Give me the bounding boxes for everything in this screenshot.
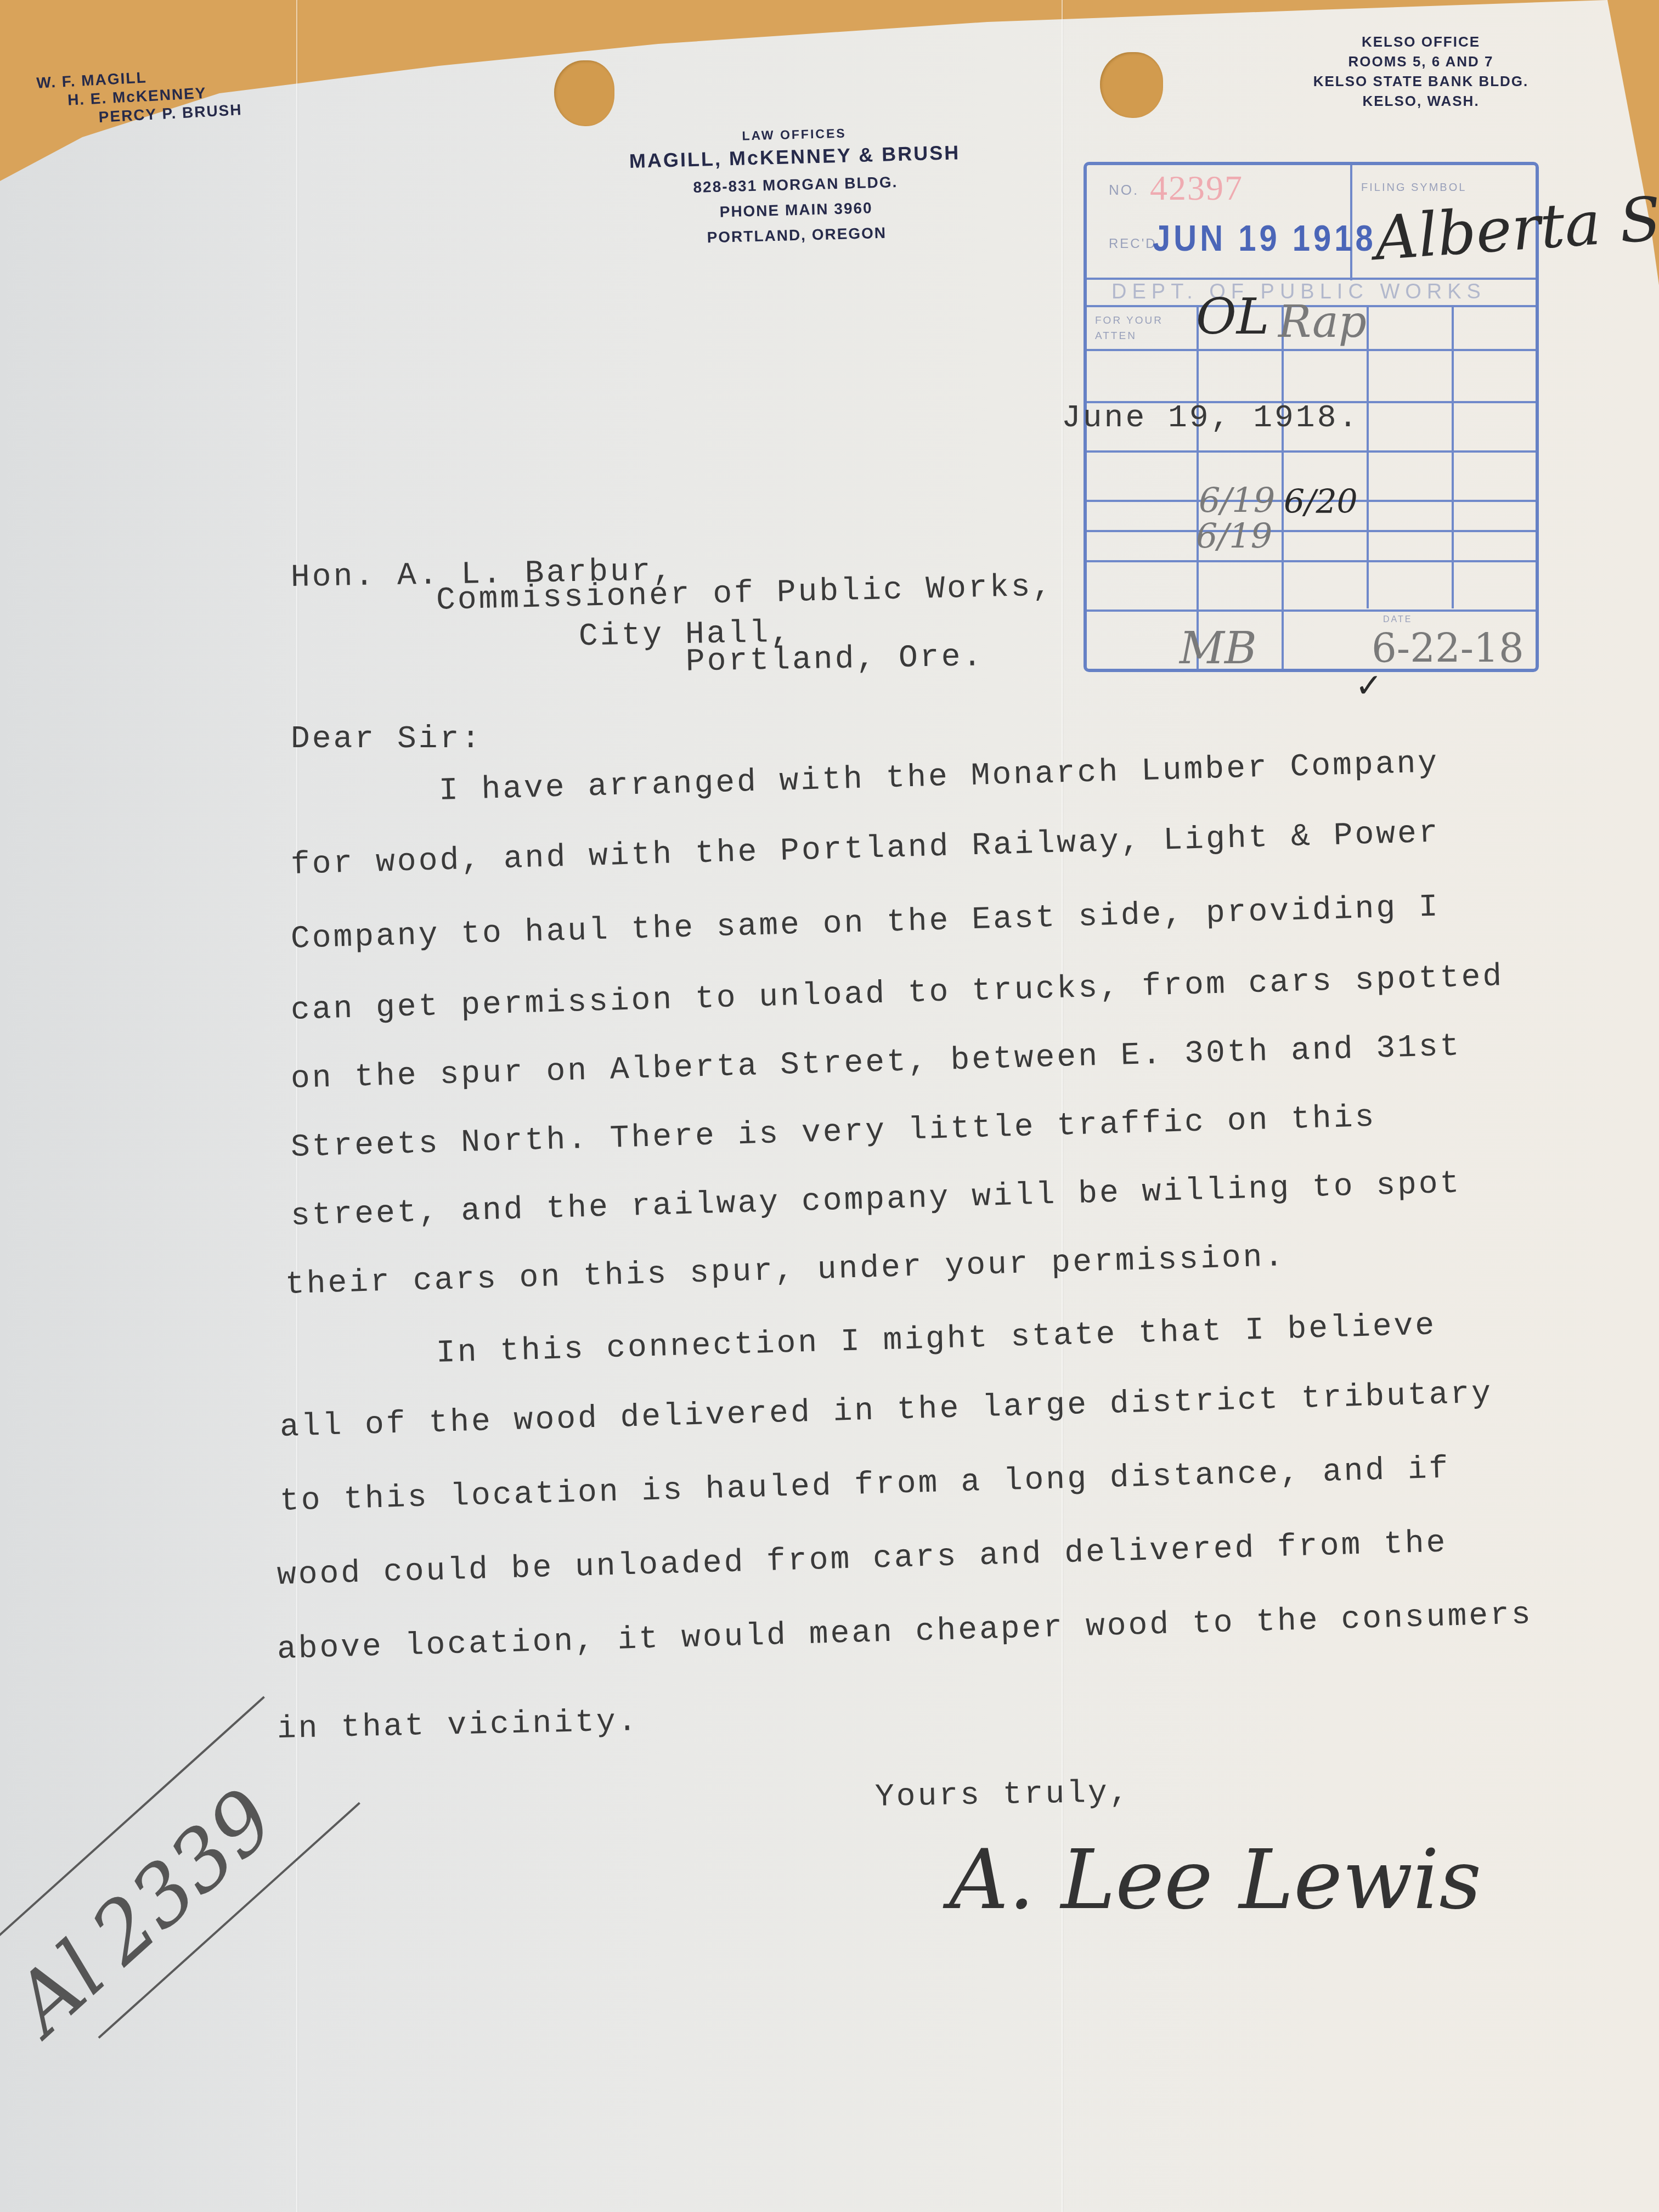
stamp-grid-line <box>1087 530 1536 532</box>
stamp-number: 42397 <box>1150 168 1243 208</box>
branch-office-line: KELSO OFFICE <box>1278 32 1564 52</box>
filing-symbol-label: FILING SYMBOL <box>1361 182 1466 194</box>
signature: A. Lee Lewis <box>949 1832 1481 1928</box>
routing-initials-pencil: Rap <box>1278 296 1367 347</box>
recipient-line: Portland, Ore. <box>685 639 984 680</box>
salutation: Dear Sir: <box>291 721 482 757</box>
firm-header: LAW OFFICES MAGILL, McKENNEY & BRUSH 828… <box>569 121 1022 250</box>
partners-list: W. F. MAGILL H. E. McKENNEY PERCY P. BRU… <box>36 63 243 129</box>
stamp-grid-line <box>1087 560 1536 562</box>
body-line: in that vicinity. <box>276 1704 639 1747</box>
for-your-attention-label: FOR YOUR ATTEN <box>1095 313 1191 344</box>
firm-phone: PHONE MAIN 3960 <box>571 195 1022 224</box>
stamp-grid-line <box>1087 450 1536 453</box>
firm-building: 828-831 MORGAN BLDG. <box>571 170 1021 199</box>
branch-office: KELSO OFFICE ROOMS 5, 6 AND 7 KELSO STAT… <box>1278 32 1564 111</box>
signoff-initials: MB <box>1180 623 1257 674</box>
stamp-grid-line <box>1367 305 1369 608</box>
branch-office-line: ROOMS 5, 6 AND 7 <box>1278 52 1564 71</box>
closing: Yours truly, <box>874 1775 1131 1815</box>
date-label: DATE <box>1383 615 1412 625</box>
recd-label: REC'D <box>1109 236 1157 252</box>
date-entry: 6/20 <box>1284 483 1358 521</box>
punch-hole <box>554 60 614 126</box>
stamp-grid-line <box>1087 278 1536 280</box>
punch-hole <box>1100 52 1163 118</box>
check-mark-icon: ✓ <box>1355 667 1383 705</box>
routing-initials: OL <box>1196 288 1269 346</box>
date-entry: 6/19 <box>1199 480 1275 520</box>
received-date: JUN 19 1918 <box>1153 217 1376 259</box>
stamp-no-label: NO. <box>1109 182 1139 199</box>
letter-date: June 19, 1918. <box>1062 400 1359 436</box>
branch-office-line: KELSO, WASH. <box>1278 91 1564 111</box>
date-entry: 6/19 <box>1196 516 1272 556</box>
stamp-grid-line <box>1452 305 1454 608</box>
stamp-grid-line <box>1087 349 1536 351</box>
stamp-grid-line <box>1087 610 1536 612</box>
completion-date: 6-22-18 <box>1372 625 1524 672</box>
branch-office-line: KELSO STATE BANK BLDG. <box>1278 71 1564 91</box>
